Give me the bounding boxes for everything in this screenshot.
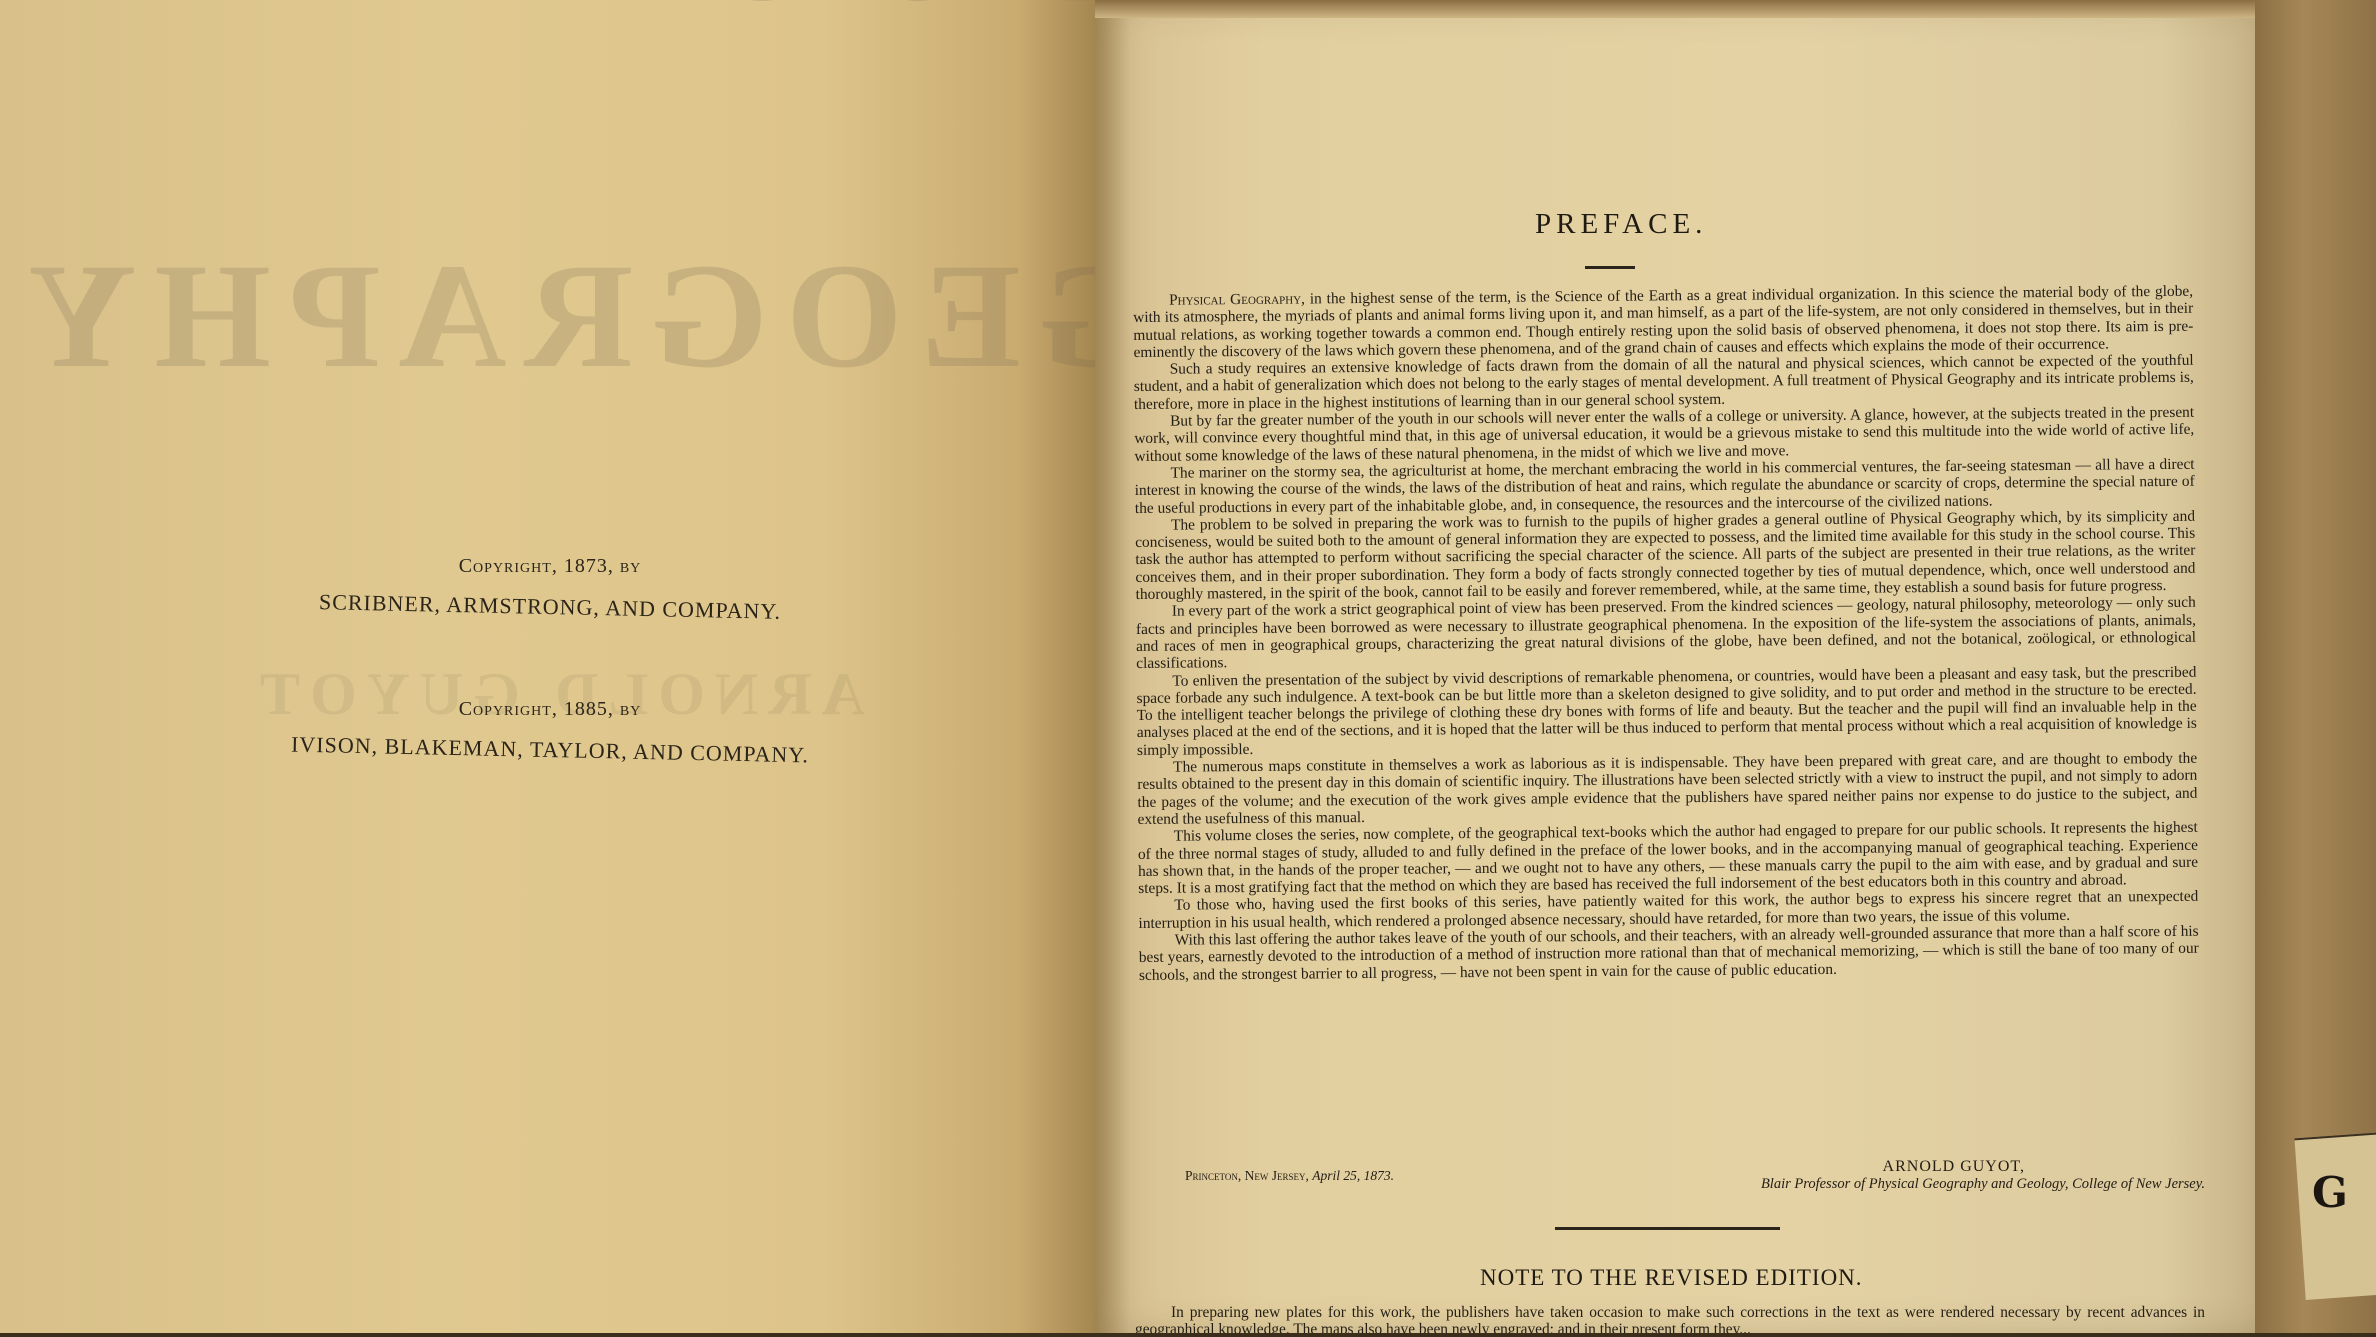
publisher-name: IVISON, BLAKEMAN, TAYLOR, AND COMPANY. [260, 731, 840, 769]
paragraph: Such a study requires an extensive knowl… [1134, 352, 2194, 413]
page-top-edge [1095, 0, 2255, 18]
open-book-spread: PHYSICAL GEOGRAPHY ARNOLD GUYOT Copyrigh… [0, 0, 2376, 1337]
signature-place: Princeton, New Jersey, [1185, 1168, 1309, 1183]
paragraph: With this last offering the author takes… [1139, 923, 2199, 984]
right-page-preface: PREFACE. Physical Geography, in the high… [1095, 0, 2255, 1337]
paragraph: To enliven the presentation of the subje… [1136, 663, 2197, 759]
copyright-1873: Copyright, 1873, by SCRIBNER, ARMSTRONG,… [290, 555, 810, 620]
paragraph: The mariner on the stormy sea, the agric… [1135, 456, 2195, 517]
publisher-name: SCRIBNER, ARMSTRONG, AND COMPANY. [290, 589, 810, 626]
paragraph: The problem to be solved in preparing th… [1135, 508, 2196, 604]
paragraph: The numerous maps constitute in themselv… [1137, 750, 2198, 828]
bottom-shadow [0, 1333, 2376, 1337]
paragraph: But by far the greater number of the you… [1134, 404, 2194, 465]
signature-place-date: Princeton, New Jersey, April 25, 1873. [1185, 1168, 1394, 1184]
signature-date: April 25, 1873. [1312, 1168, 1394, 1183]
title-rule [1585, 266, 1635, 269]
lead-term: Physical Geography, [1169, 290, 1305, 308]
copyright-1885: Copyright, 1885, by IVISON, BLAKEMAN, TA… [260, 698, 840, 763]
paragraph: This volume closes the series, now compl… [1138, 819, 2199, 897]
copyright-line: Copyright, 1873, by [290, 555, 810, 578]
signature-block: Princeton, New Jersey, April 25, 1873. A… [1185, 1158, 2205, 1198]
paragraph: Physical Geography, in the highest sense… [1133, 283, 2194, 361]
gothic-letter-icon: G [2312, 1168, 2348, 1217]
paragraph: In every part of the work a strict geogr… [1136, 594, 2197, 672]
left-page-copyright: PHYSICAL GEOGRAPHY ARNOLD GUYOT Copyrigh… [0, 0, 1095, 1337]
section-rule [1555, 1227, 1780, 1230]
preface-title: PREFACE. [1535, 208, 1707, 241]
copyright-line: Copyright, 1885, by [260, 698, 840, 721]
author-title: Blair Professor of Physical Geography an… [1761, 1176, 2205, 1193]
author-name: ARNOLD GUYOT, [1883, 1158, 2025, 1176]
bleed-through-geography: GEOGRAPHY [10, 230, 1155, 402]
preface-body: Physical Geography, in the highest sense… [1133, 283, 2199, 984]
note-title: NOTE TO THE REVISED EDITION. [1480, 1265, 1863, 1291]
